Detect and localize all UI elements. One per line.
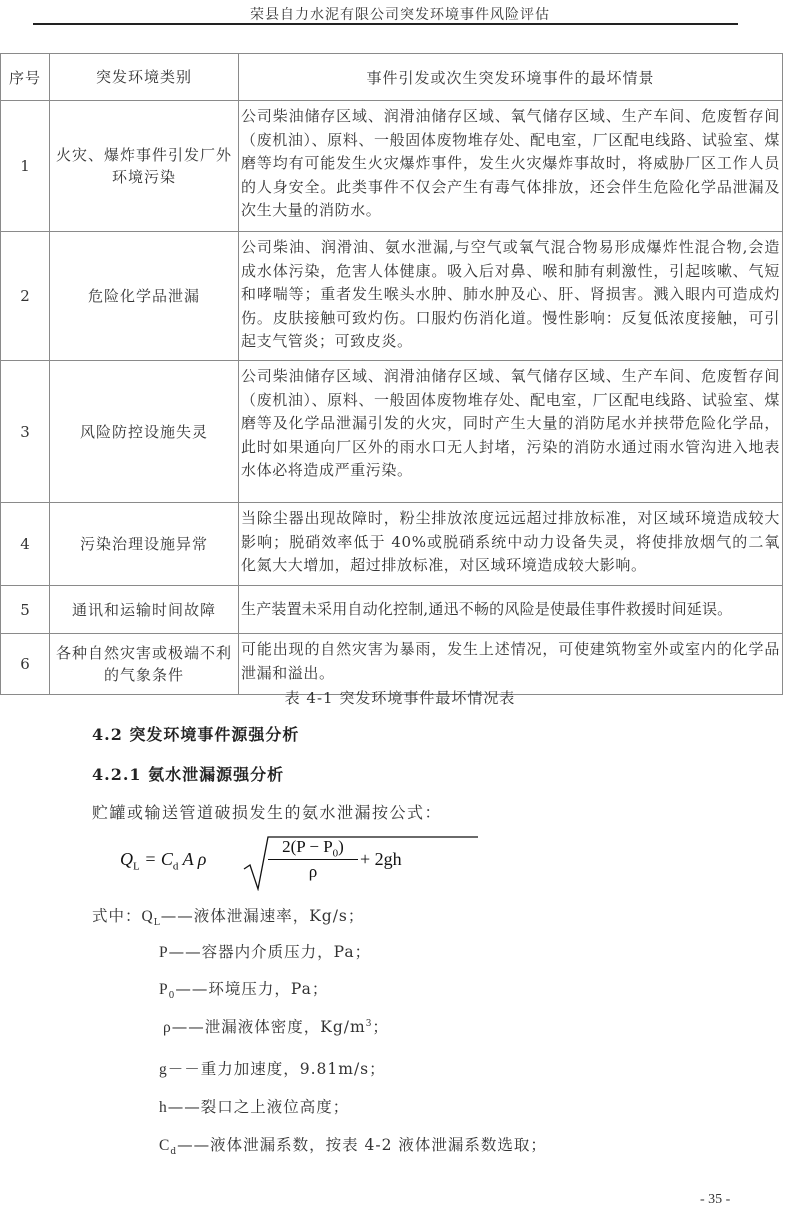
- row-number: 1: [1, 101, 50, 232]
- definition-item: h——裂口之上液位高度；: [159, 1095, 349, 1117]
- row-number: 6: [1, 634, 50, 695]
- formula-lhs: QL = Cd A ρ: [120, 849, 206, 873]
- numerator-close: ): [338, 837, 344, 856]
- def-tail: ；: [372, 1018, 389, 1036]
- def-symbol: P: [159, 981, 169, 998]
- definition-item: Cd——液体泄漏系数，按表 4-2 液体泄漏系数选取；: [159, 1133, 547, 1157]
- formula-cd-sub: d: [173, 861, 179, 873]
- formula-numerator: 2(P − P0): [268, 837, 358, 859]
- table-row: 1 火灾、爆炸事件引发厂外环境污染 公司柴油储存区域、润滑油储存区域、氧气储存区…: [1, 101, 783, 232]
- scenario-text: 可能出现的自然灾害为暴雨，发生上述情况，可使建筑物室外或室内的化学品泄漏和溢出。: [241, 636, 780, 685]
- worst-case-table: 序号 突发环境类别 事件引发或次生突发环境事件的最坏情景 1 火灾、爆炸事件引发…: [0, 53, 783, 695]
- table-caption: 表 4-1 突发环境事件最坏情况表: [0, 687, 800, 708]
- header-divider: [33, 23, 738, 25]
- definition-item: g－－重力加速度，9.81m/s；: [159, 1057, 386, 1079]
- def-text: －－重力加速度，9.81m/s；: [168, 1060, 386, 1078]
- subsection-heading: 4.2.1 氨水泄漏源强分析: [92, 762, 284, 785]
- def-text: ——裂口之上液位高度；: [168, 1098, 350, 1116]
- row-scenario: 当除尘器出现故障时，粉尘排放浓度远远超过排放标准，对区域环境造成较大影响；脱硝效…: [239, 503, 783, 586]
- table-row: 4 污染治理设施异常 当除尘器出现故障时，粉尘排放浓度远远超过排放标准，对区域环…: [1, 503, 783, 586]
- row-scenario: 公司柴油储存区域、润滑油储存区域、氧气储存区域、生产车间、危废暂存间（废机油）、…: [239, 361, 783, 503]
- def-symbol: ρ: [163, 1019, 172, 1036]
- def-symbol: C: [159, 1137, 170, 1154]
- row-number: 4: [1, 503, 50, 586]
- column-header-category: 突发环境类别: [50, 54, 239, 101]
- definition-item: P0——环境压力，Pa；: [159, 977, 328, 1001]
- formula-fraction: 2(P − P0) ρ: [268, 837, 358, 882]
- row-scenario: 生产装置未采用自动化控制,通迅不畅的风险是使最佳事件救援时间延误。: [239, 586, 783, 634]
- section-heading: 4.2 突发环境事件源强分析: [92, 722, 299, 745]
- def-symbol: g: [159, 1061, 168, 1078]
- formula-eq: = C: [140, 849, 173, 869]
- def-symbol: P: [159, 944, 169, 961]
- formula-denominator: ρ: [268, 859, 358, 882]
- row-scenario: 可能出现的自然灾害为暴雨，发生上述情况，可使建筑物室外或室内的化学品泄漏和溢出。: [239, 634, 783, 695]
- row-number: 5: [1, 586, 50, 634]
- row-category: 污染治理设施异常: [50, 503, 239, 586]
- scenario-text: 公司柴油储存区域、润滑油储存区域、氧气储存区域、生产车间、危废暂存间（废机油）、…: [241, 363, 780, 483]
- numerator-text: 2(P − P: [282, 837, 333, 856]
- scenario-text: 当除尘器出现故障时，粉尘排放浓度远远超过排放标准，对区域环境造成较大影响；脱硝效…: [241, 505, 780, 578]
- formula-a-rho: A ρ: [183, 849, 207, 869]
- definition-item: P——容器内介质压力，Pa；: [159, 940, 371, 962]
- table-row: 5 通讯和运输时间故障 生产装置未采用自动化控制,通迅不畅的风险是使最佳事件救援…: [1, 586, 783, 634]
- scenario-text: 公司柴油、润滑油、氨水泄漏,与空气或氧气混合物易形成爆炸性混合物,会造成水体污染…: [241, 234, 780, 354]
- def-sub: L: [154, 918, 161, 928]
- table-row: 6 各种自然灾害或极端不利的气象条件 可能出现的自然灾害为暴雨，发生上述情况，可…: [1, 634, 783, 695]
- table-row: 3 风险防控设施失灵 公司柴油储存区域、润滑油储存区域、氧气储存区域、生产车间、…: [1, 361, 783, 503]
- column-header-scenario: 事件引发或次生突发环境事件的最坏情景: [239, 54, 783, 101]
- def-text: ——液体泄漏速率，Kg/s；: [161, 907, 365, 925]
- scenario-text: 公司柴油储存区域、润滑油储存区域、氧气储存区域、生产车间、危废暂存间（废机油）、…: [241, 103, 780, 223]
- formula-q-sub: L: [133, 861, 140, 873]
- def-symbol: Q: [142, 908, 154, 925]
- row-category: 火灾、爆炸事件引发厂外环境污染: [50, 101, 239, 232]
- scenario-text: 生产装置未采用自动化控制,通迅不畅的风险是使最佳事件救援时间延误。: [241, 600, 732, 618]
- formula-q: Q: [120, 849, 133, 869]
- row-category: 通讯和运输时间故障: [50, 586, 239, 634]
- def-text: ——容器内介质压力，Pa；: [169, 943, 371, 961]
- row-scenario: 公司柴油储存区域、润滑油储存区域、氧气储存区域、生产车间、危废暂存间（废机油）、…: [239, 101, 783, 232]
- row-number: 3: [1, 361, 50, 503]
- definition-item: ρ——泄漏液体密度，Kg/m3；: [163, 1015, 389, 1037]
- formula-tail: + 2gh: [360, 849, 402, 870]
- column-header-no: 序号: [1, 54, 50, 101]
- intro-paragraph: 贮罐或输送管道破损发生的氨水泄漏按公式：: [92, 800, 442, 823]
- row-category: 危险化学品泄漏: [50, 232, 239, 361]
- table-row: 2 危险化学品泄漏 公司柴油、润滑油、氨水泄漏,与空气或氧气混合物易形成爆炸性混…: [1, 232, 783, 361]
- definition-item: 式中：QL——液体泄漏速率，Kg/s；: [92, 904, 364, 928]
- def-text: ——环境压力，Pa；: [175, 980, 328, 998]
- def-text: ——泄漏液体密度，Kg/m: [172, 1018, 366, 1036]
- row-category: 风险防控设施失灵: [50, 361, 239, 503]
- row-scenario: 公司柴油、润滑油、氨水泄漏,与空气或氧气混合物易形成爆炸性混合物,会造成水体污染…: [239, 232, 783, 361]
- def-text: ——液体泄漏系数，按表 4-2 液体泄漏系数选取；: [177, 1136, 547, 1154]
- document-title: 荣县自力水泥有限公司突发环境事件风险评估: [0, 4, 800, 24]
- def-symbol: h: [159, 1099, 168, 1116]
- row-number: 2: [1, 232, 50, 361]
- page-number: - 35 -: [700, 1192, 730, 1208]
- table-header-row: 序号 突发环境类别 事件引发或次生突发环境事件的最坏情景: [1, 54, 783, 101]
- row-category: 各种自然灾害或极端不利的气象条件: [50, 634, 239, 695]
- def-prefix: 式中：: [92, 907, 142, 925]
